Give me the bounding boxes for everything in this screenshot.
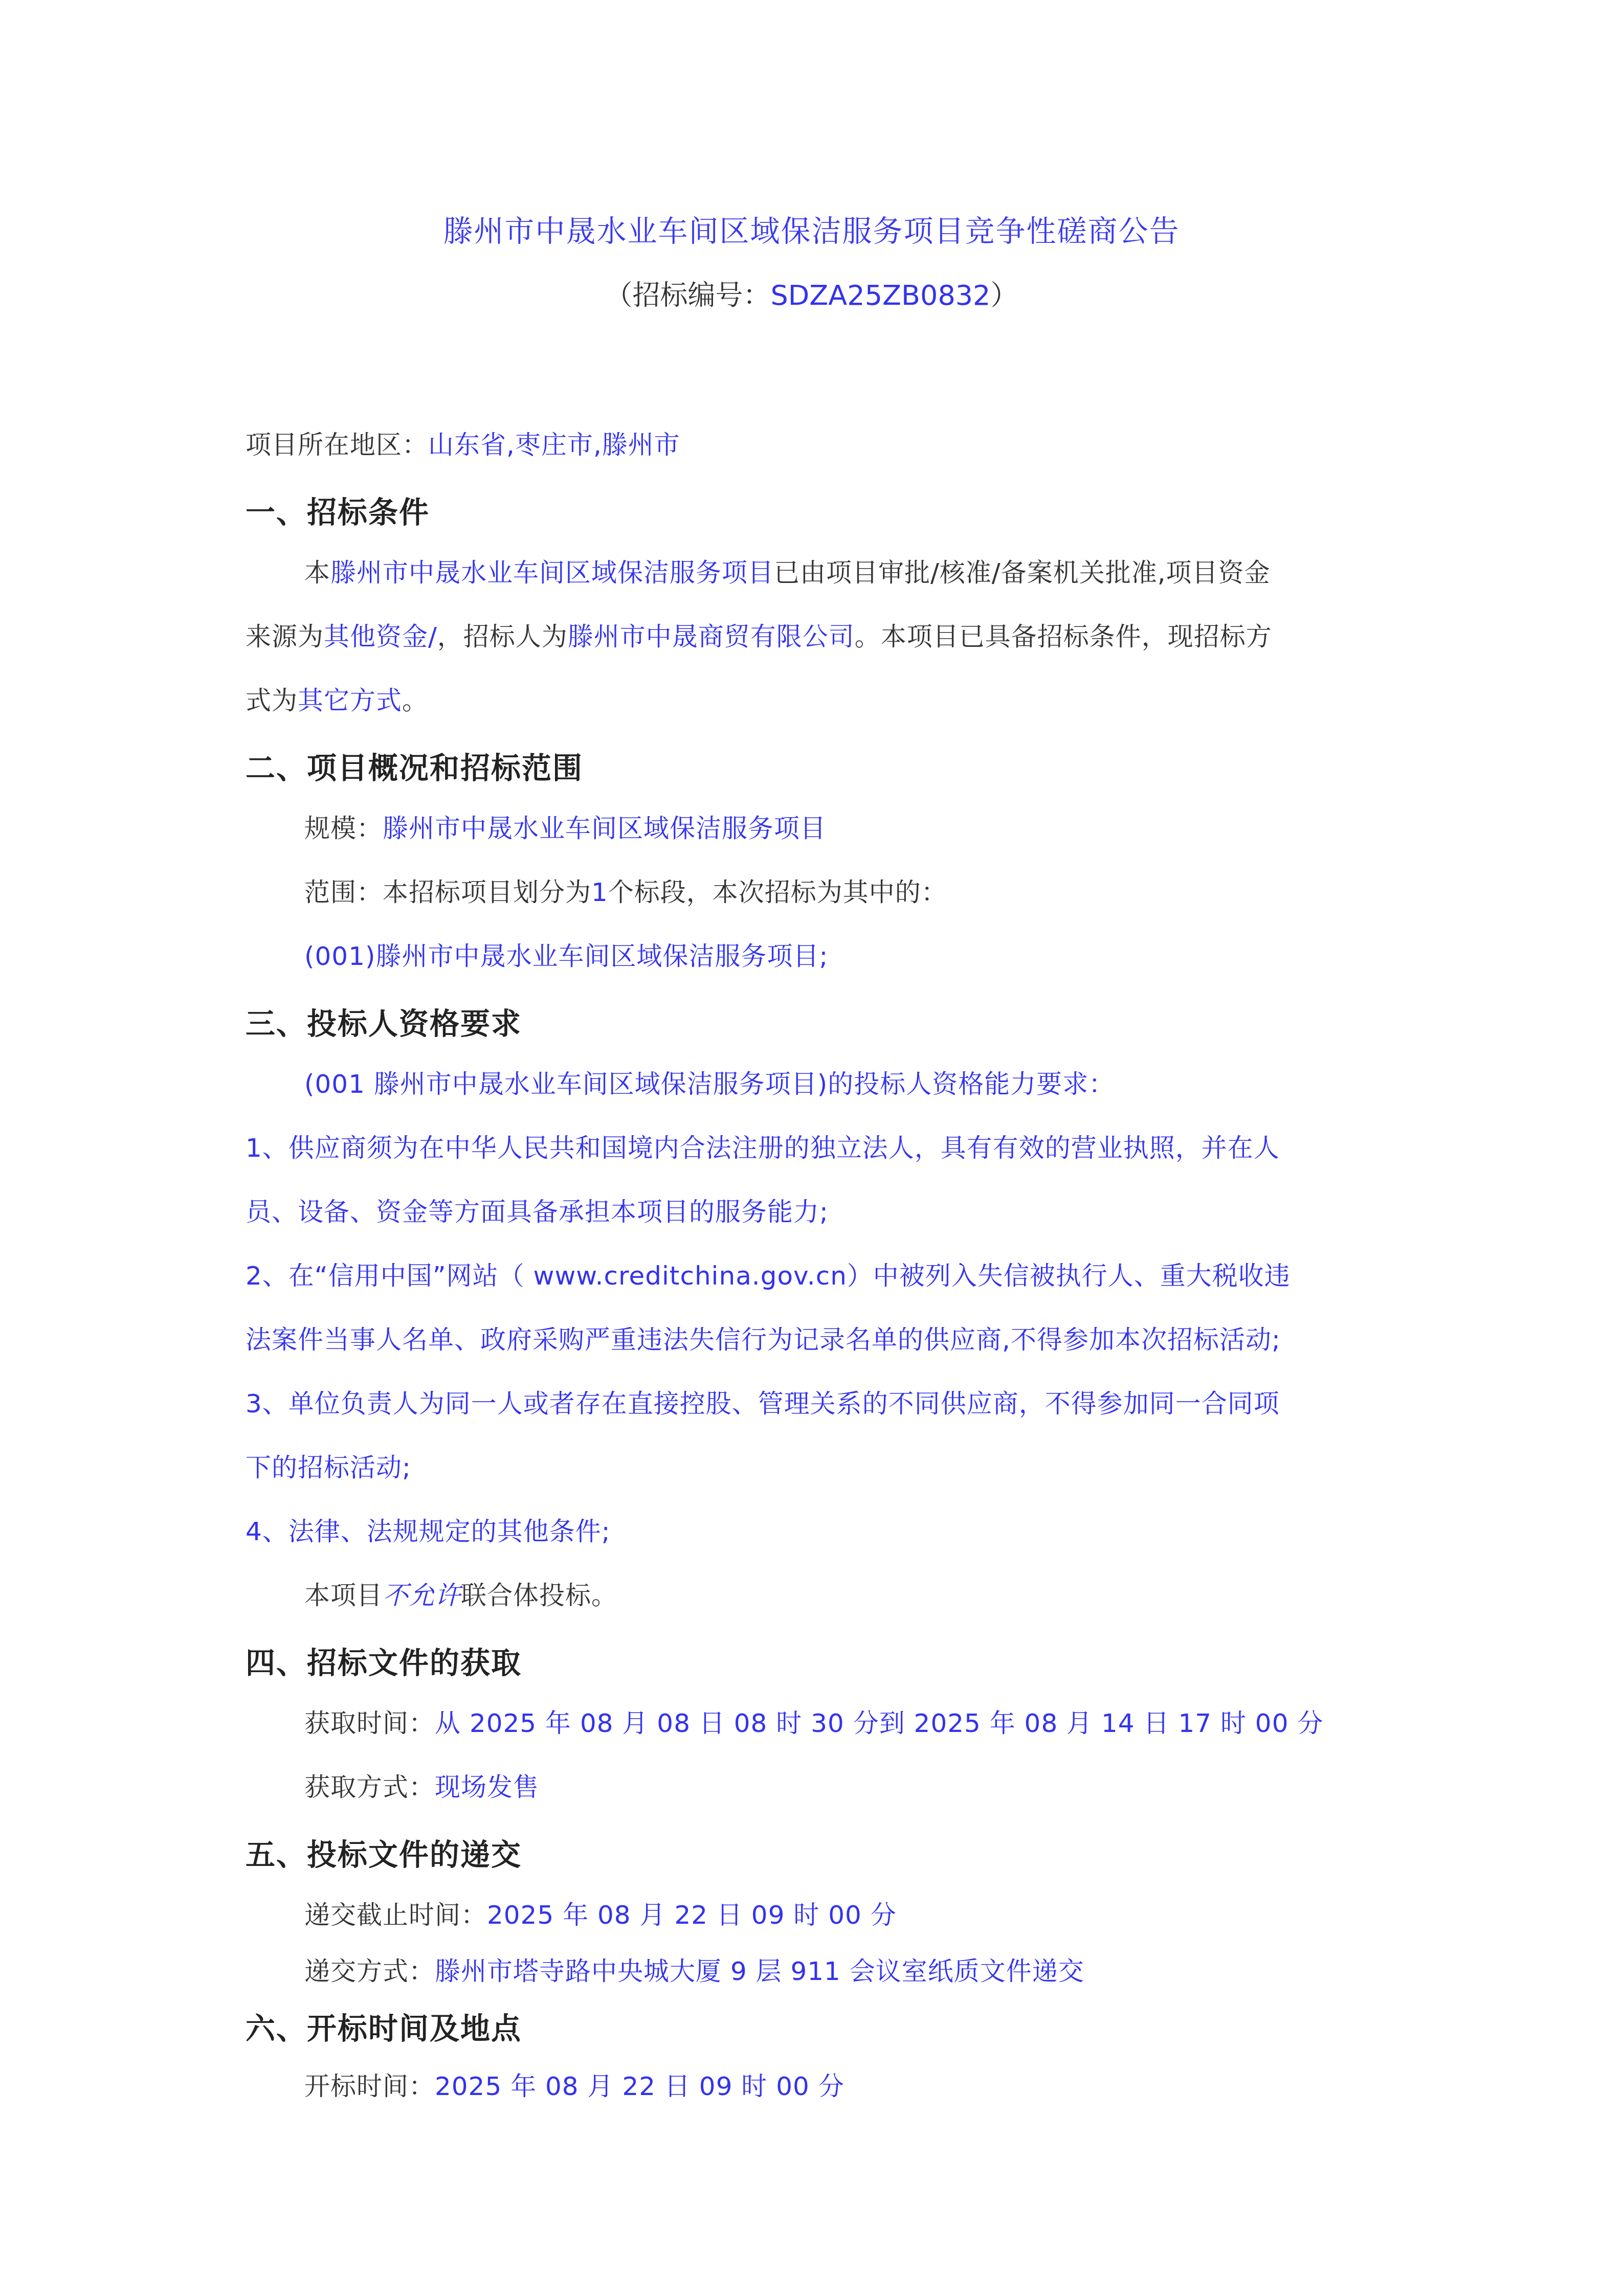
requirement-1-line-2: 员、设备、资金等方面具备承担本项目的服务能力;	[246, 1191, 829, 1228]
requirement-4: 4、法律、法规规定的其他条件;	[246, 1511, 611, 1548]
acquisition-method-label: 获取方式：	[304, 1772, 435, 1802]
requirement-2-line-1: 2、在“信用中国”网站（ www.creditchina.gov.cn）中被列入…	[246, 1255, 1291, 1292]
document-page: 滕州市中晟水业车间区域保洁服务项目竞争性磋商公告 （招标编号：SDZA25ZB0…	[0, 0, 1623, 2296]
text: 个标段，本次招标为其中的：	[608, 877, 947, 907]
requirement-3-line-2: 下的招标活动;	[246, 1447, 411, 1484]
section-4-heading: 四、招标文件的获取	[246, 1639, 522, 1682]
requirement-3-line-1: 3、单位负责人为同一人或者存在直接控股、管理关系的不同供应商，不得参加同一合同项	[246, 1383, 1280, 1420]
opening-time-row: 开标时间：2025 年 08 月 22 日 09 时 00 分	[304, 2066, 844, 2103]
project-region: 项目所在地区：山东省,枣庄市,滕州市	[246, 424, 680, 461]
qualification-intro: (001 滕州市中晟水业车间区域保洁服务项目)的投标人资格能力要求：	[304, 1064, 1115, 1100]
section-1-paragraph-line-1: 本滕州市中晟水业车间区域保洁服务项目已由项目审批/核准/备案机关批准,项目资金	[304, 552, 1271, 589]
section-1-paragraph-line-2: 来源为其他资金/，招标人为滕州市中晟商贸有限公司。本项目已具备招标条件，现招标方	[246, 616, 1272, 653]
consortium-row: 本项目不允许联合体投标。	[304, 1575, 617, 1612]
consortium-flag: 不允许	[383, 1581, 461, 1610]
document-title: 滕州市中晟水业车间区域保洁服务项目竞争性磋商公告	[0, 207, 1623, 250]
tender-number: （招标编号：SDZA25ZB0832）	[0, 274, 1623, 313]
scope-row: 范围：本招标项目划分为1个标段，本次招标为其中的：	[304, 872, 947, 909]
text: 联合体投标。	[461, 1581, 617, 1610]
text: 来源为	[246, 622, 324, 651]
lot-count: 1	[591, 877, 608, 907]
text: 已由项目审批/核准/备案机关批准,项目资金	[774, 558, 1271, 588]
requirement-1-line-1: 1、供应商须为在中华人民共和国境内合法注册的独立法人，具有有效的营业执照，并在人	[246, 1128, 1280, 1164]
fund-source: 其他资金/	[324, 622, 437, 651]
text: 。	[402, 686, 428, 715]
section-2-heading: 二、项目概况和招标范围	[246, 744, 583, 787]
project-name: 滕州市中晟水业车间区域保洁服务项目	[330, 558, 774, 588]
submission-method-label: 递交方式：	[304, 1956, 435, 1986]
tender-number-code: SDZA25ZB0832	[771, 279, 991, 311]
opening-time-label: 开标时间：	[304, 2072, 435, 2101]
section-3-heading: 三、投标人资格要求	[246, 1000, 522, 1043]
text: ，招标人为	[437, 622, 568, 651]
submission-deadline-row: 递交截止时间：2025 年 08 月 22 日 09 时 00 分	[304, 1895, 897, 1931]
lot-item: (001)滕州市中晟水业车间区域保洁服务项目;	[304, 936, 828, 973]
acquisition-method-value: 现场发售	[435, 1772, 539, 1802]
section-1-heading: 一、招标条件	[246, 488, 430, 531]
tender-number-prefix: （招标编号：	[605, 279, 771, 311]
region-label: 项目所在地区：	[246, 430, 428, 460]
tender-number-suffix: ）	[990, 279, 1018, 311]
acquisition-time-row: 获取时间：从 2025 年 08 月 08 日 08 时 30 分到 2025 …	[304, 1703, 1323, 1740]
tender-method: 其它方式	[298, 686, 402, 715]
submission-deadline-label: 递交截止时间：	[304, 1900, 487, 1930]
acquisition-time-value: 从 2025 年 08 月 08 日 08 时 30 分到 2025 年 08 …	[435, 1708, 1323, 1738]
region-value: 山东省,枣庄市,滕州市	[428, 430, 680, 460]
submission-deadline-value: 2025 年 08 月 22 日 09 时 00 分	[487, 1900, 897, 1930]
text: 本项目	[304, 1581, 383, 1610]
requirement-2-line-2: 法案件当事人名单、政府采购严重违法失信行为记录名单的供应商,不得参加本次招标活动…	[246, 1319, 1281, 1356]
scale-label: 规模：	[304, 814, 383, 843]
text: 本	[304, 558, 330, 588]
acquisition-time-label: 获取时间：	[304, 1708, 435, 1738]
scale-row: 规模：滕州市中晟水业车间区域保洁服务项目	[304, 808, 826, 845]
text: 范围：本招标项目划分为	[304, 877, 591, 907]
submission-method-value: 滕州市塔寺路中央城大厦 9 层 911 会议室纸质文件递交	[435, 1956, 1084, 1986]
section-1-paragraph-line-3: 式为其它方式。	[246, 680, 428, 717]
scale-value: 滕州市中晟水业车间区域保洁服务项目	[383, 814, 826, 843]
submission-method-row: 递交方式：滕州市塔寺路中央城大厦 9 层 911 会议室纸质文件递交	[304, 1951, 1084, 1988]
section-5-heading: 五、投标文件的递交	[246, 1831, 522, 1874]
acquisition-method-row: 获取方式：现场发售	[304, 1767, 539, 1804]
tenderer-name: 滕州市中晟商贸有限公司	[568, 622, 855, 651]
text: 。本项目已具备招标条件，现招标方	[855, 622, 1272, 651]
opening-time-value: 2025 年 08 月 22 日 09 时 00 分	[435, 2072, 844, 2101]
section-6-heading: 六、开标时间及地点	[246, 2005, 522, 2047]
text: 式为	[246, 686, 298, 715]
